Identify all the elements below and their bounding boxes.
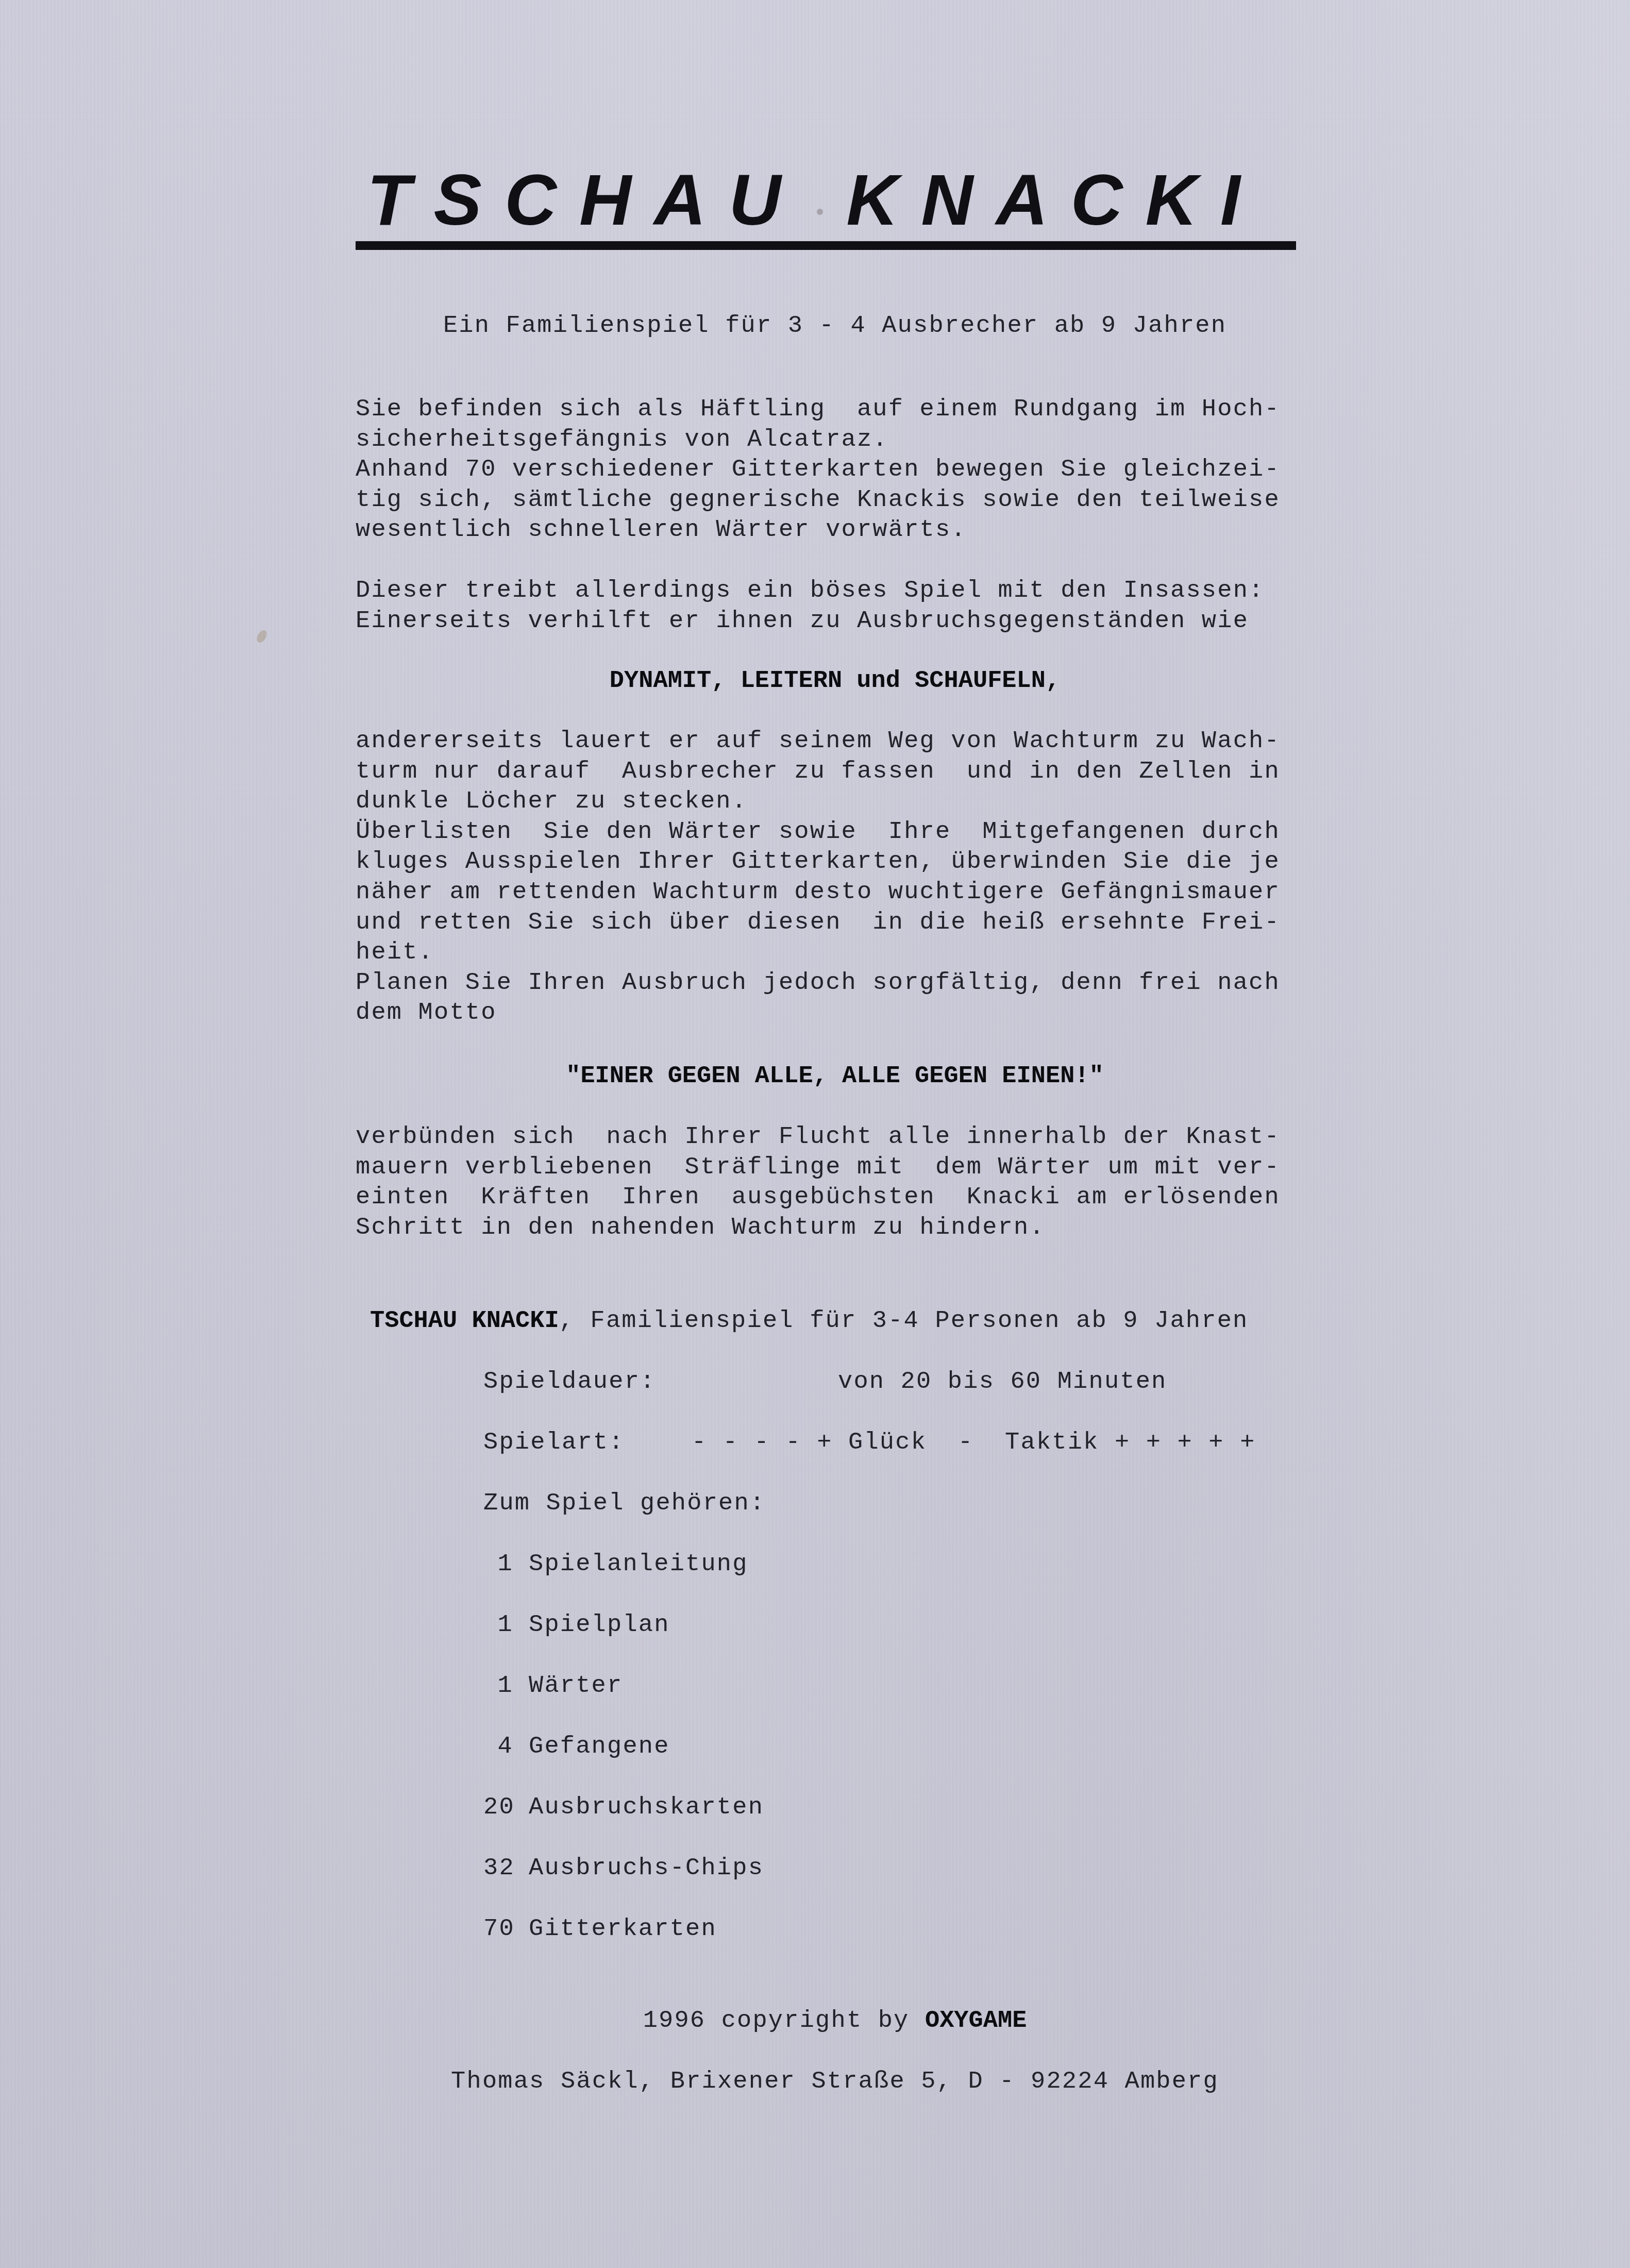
main-paragraph: andererseits lauert er auf seinem Weg vo… — [356, 727, 1314, 1029]
copyright-line: 1996 copyright by OXYGAME — [356, 2006, 1314, 2036]
text-line: näher am rettenden Wachturm desto wuchti… — [356, 878, 1314, 908]
text-line: sicherheitsgefängnis von Alcatraz. — [356, 425, 1314, 456]
game-type-label: Spielart: — [483, 1428, 625, 1458]
item-name: Wärter — [529, 1672, 623, 1700]
item-quantity: 1 — [483, 1610, 513, 1640]
contents-label: Zum Spiel gehören: — [483, 1489, 765, 1519]
contents-item: 70Gitterkarten — [483, 1914, 717, 1944]
item-name: Gitterkarten — [529, 1916, 717, 1943]
contents-item: 32Ausbruchs-Chips — [483, 1854, 764, 1884]
text-line: tig sich, sämtliche gegnerische Knackis … — [356, 485, 1314, 516]
text-line: Dieser treibt allerdings ein böses Spiel… — [356, 576, 1314, 607]
subtitle: Ein Familienspiel für 3 - 4 Ausbrecher a… — [356, 311, 1314, 341]
game-type-value: - - - - + Glück - Taktik + + + + + — [692, 1428, 1256, 1458]
item-quantity: 32 — [483, 1854, 513, 1884]
text-line: Planen Sie Ihren Ausbruch jedoch sorgfäl… — [356, 968, 1314, 999]
text-line: verbünden sich nach Ihrer Flucht alle in… — [356, 1122, 1314, 1153]
text-line: Sie befinden sich als Häftling auf einem… — [356, 395, 1314, 425]
item-name: Gefangene — [529, 1733, 670, 1760]
text-line: einten Kräften Ihren ausgebüchsten Knack… — [356, 1183, 1314, 1213]
item-quantity: 4 — [483, 1732, 513, 1762]
summary-description: , Familienspiel für 3-4 Personen ab 9 Ja… — [559, 1307, 1249, 1335]
text-line: kluges Ausspielen Ihrer Gitterkarten, üb… — [356, 847, 1314, 878]
text-line: andererseits lauert er auf seinem Weg vo… — [356, 727, 1314, 757]
text-line: turm nur darauf Ausbrecher zu fassen und… — [356, 757, 1314, 787]
summary-game-name: TSCHAU KNACKI — [370, 1307, 559, 1335]
title-underline — [356, 241, 1296, 250]
item-quantity: 1 — [483, 1550, 513, 1580]
duration-value: von 20 bis 60 Minuten — [838, 1367, 1167, 1397]
copyright-prefix: 1996 copyright by — [643, 2007, 925, 2035]
item-name: Spielanleitung — [529, 1551, 748, 1578]
item-name: Ausbruchs-Chips — [529, 1855, 764, 1882]
text-line: dem Motto — [356, 998, 1314, 1029]
text-line: dunkle Löcher zu stecken. — [356, 787, 1314, 817]
text-line: Schritt in den nahenden Wachturm zu hind… — [356, 1213, 1314, 1244]
contents-item: 20Ausbruchskarten — [483, 1793, 764, 1823]
text-line: heit. — [356, 938, 1314, 968]
motto: "EINER GEGEN ALLE, ALLE GEGEN EINEN!" — [356, 1062, 1314, 1091]
text-line: wesentlich schnelleren Wärter vorwärts. — [356, 515, 1314, 546]
contents-item: 1Spielplan — [483, 1610, 670, 1640]
warden-paragraph: Dieser treibt allerdings ein böses Spiel… — [356, 576, 1314, 636]
item-name: Ausbruchskarten — [529, 1794, 764, 1821]
item-quantity: 70 — [483, 1914, 513, 1944]
text-line: Überlisten Sie den Wärter sowie Ihre Mit… — [356, 817, 1314, 848]
intro-paragraph: Sie befinden sich als Häftling auf einem… — [356, 395, 1314, 546]
tools-emphasis: DYNAMIT, LEITERN und SCHAUFELN, — [356, 666, 1314, 696]
summary-line: TSCHAU KNACKI, Familienspiel für 3-4 Per… — [370, 1306, 1248, 1336]
text-line: mauern verbliebenen Sträflinge mit dem W… — [356, 1153, 1314, 1183]
item-quantity: 1 — [483, 1671, 513, 1701]
contents-item: 1Wärter — [483, 1671, 623, 1701]
text-line: Anhand 70 verschiedener Gitterkarten bew… — [356, 455, 1314, 485]
contents-item: 4Gefangene — [483, 1732, 670, 1762]
text-line: und retten Sie sich über diesen in die h… — [356, 908, 1314, 938]
publisher-address: Thomas Säckl, Brixener Straße 5, D - 922… — [356, 2067, 1314, 2097]
title-text: TSCHAU KNACKI — [367, 164, 1296, 236]
closing-paragraph: verbünden sich nach Ihrer Flucht alle in… — [356, 1122, 1314, 1243]
text-line: Einerseits verhilft er ihnen zu Ausbruch… — [356, 607, 1314, 637]
publisher-name: OXYGAME — [925, 2007, 1027, 2035]
document-title: TSCHAU KNACKI — [356, 164, 1296, 236]
item-quantity: 20 — [483, 1793, 513, 1823]
contents-item: 1Spielanleitung — [483, 1550, 748, 1580]
duration-label: Spieldauer: — [483, 1367, 656, 1397]
item-name: Spielplan — [529, 1611, 670, 1639]
